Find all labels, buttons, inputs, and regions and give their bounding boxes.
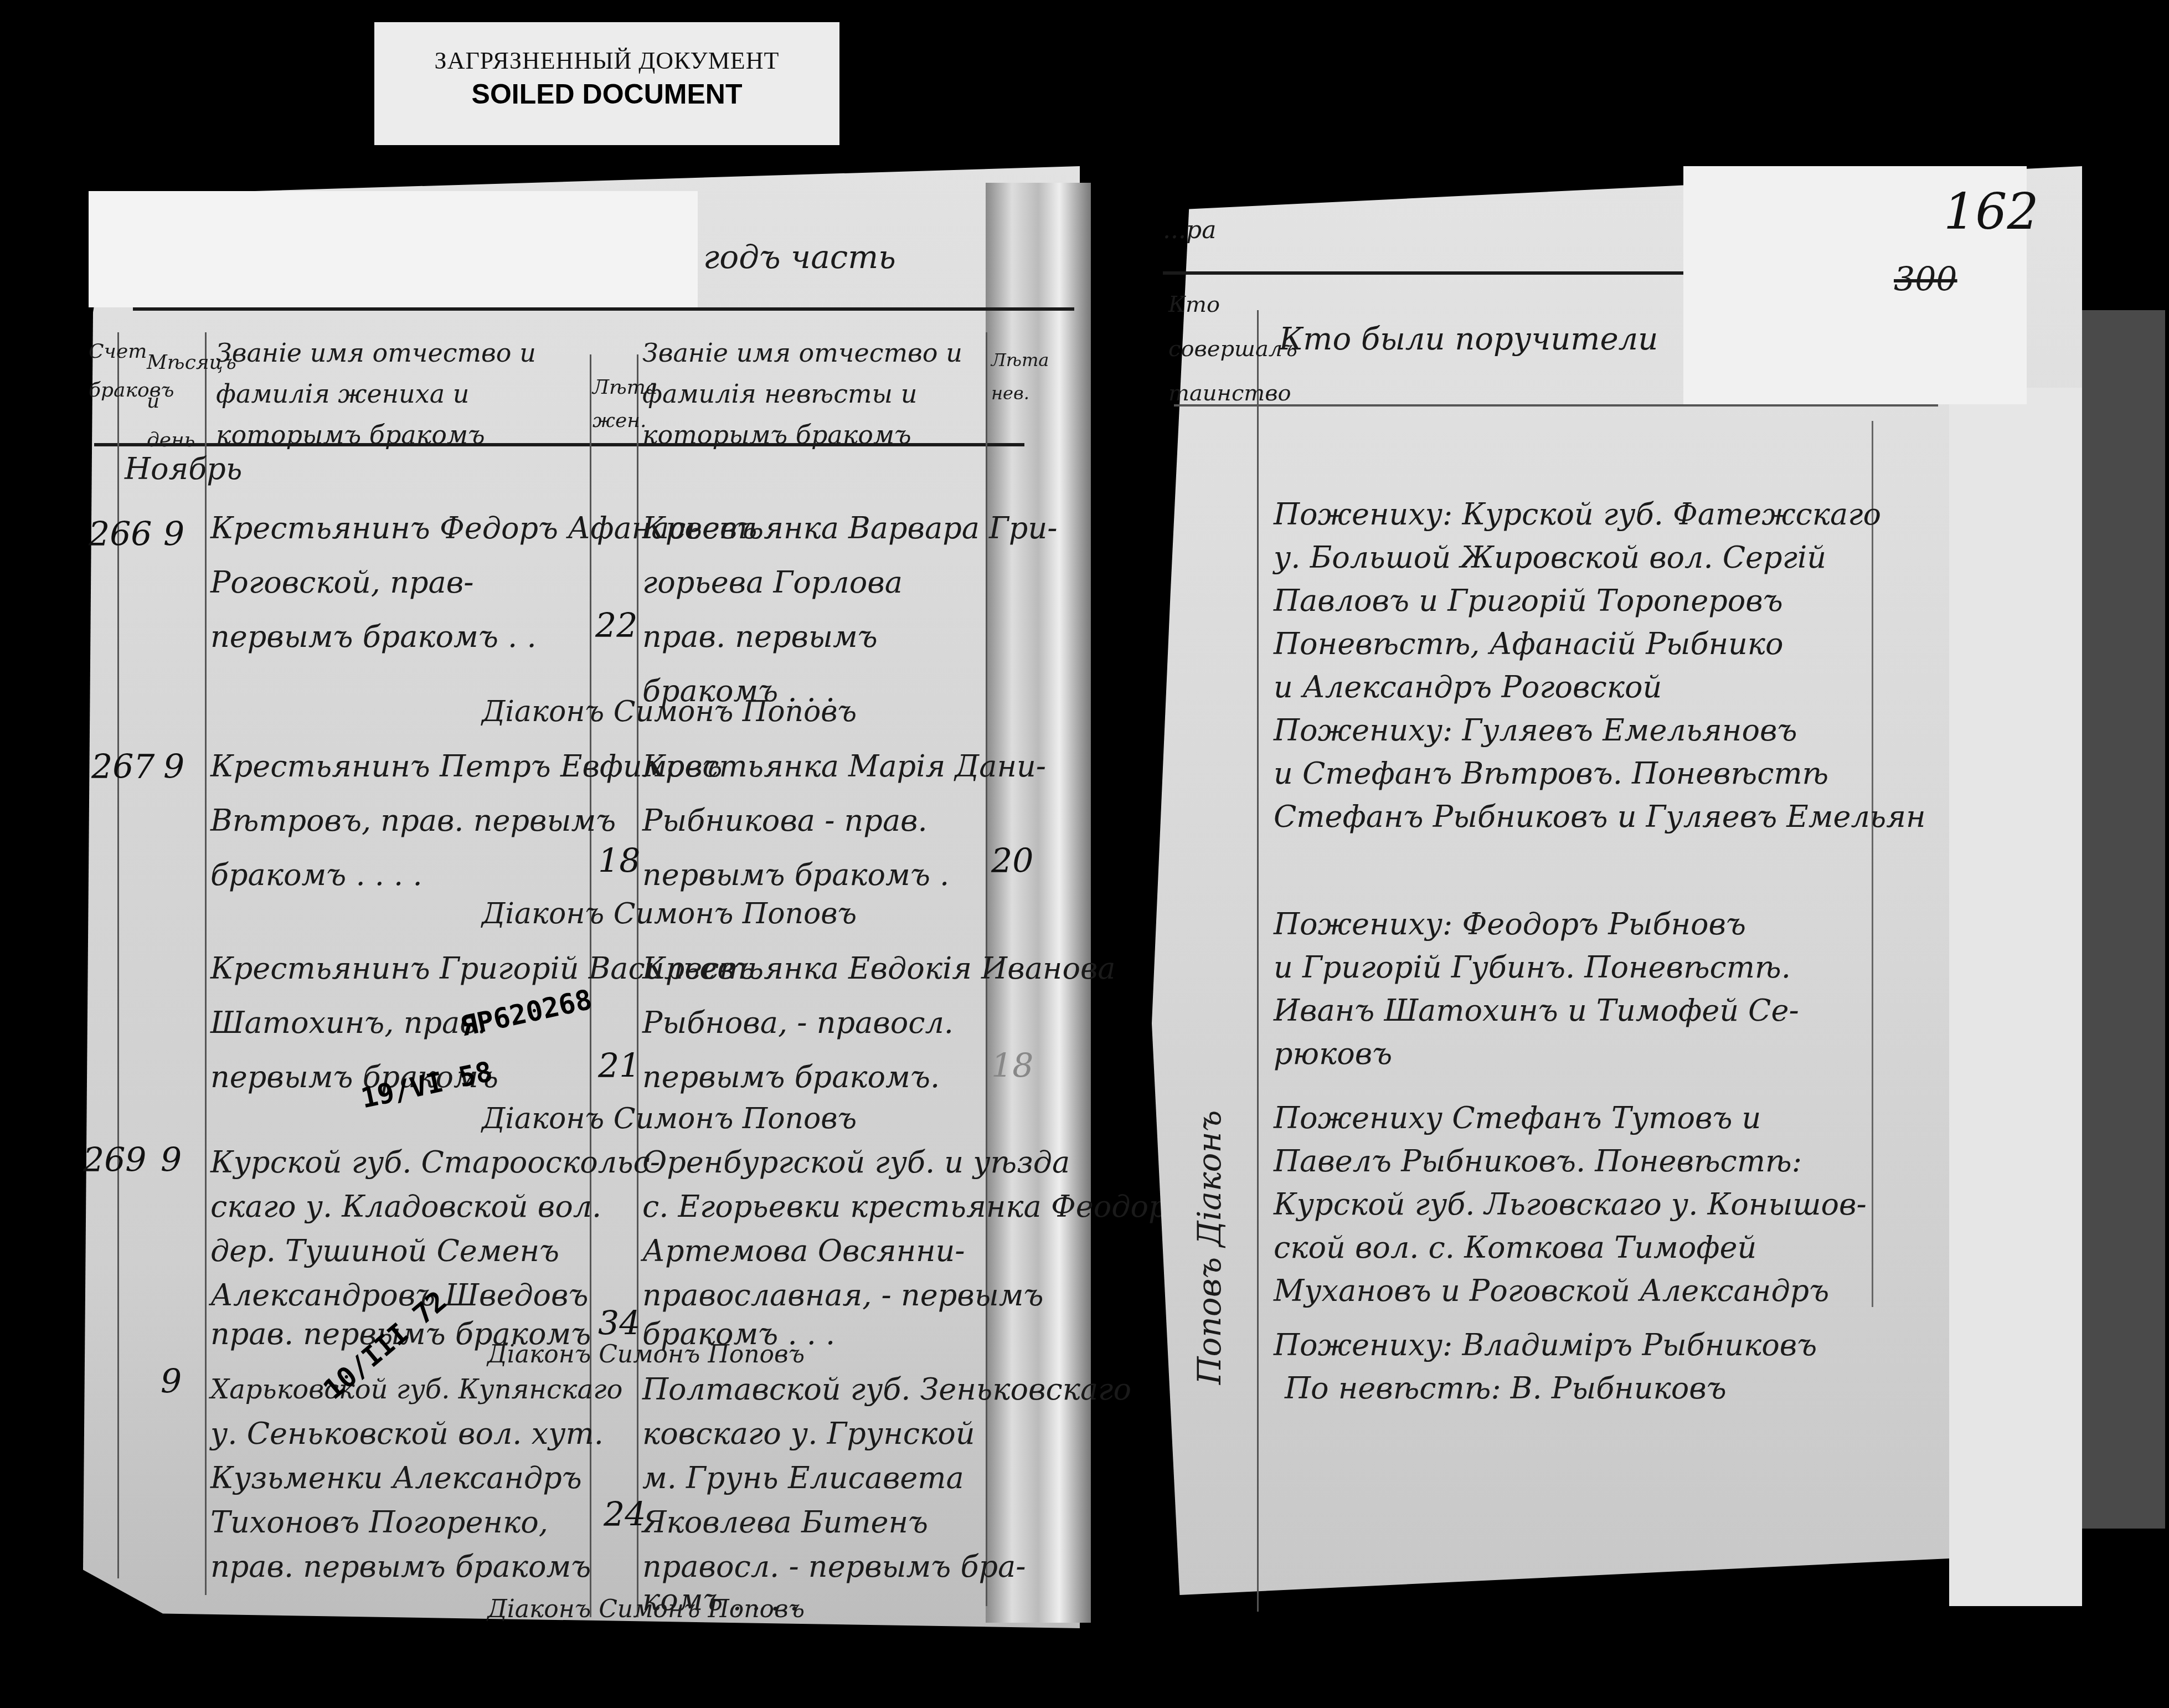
witness-line: По невѣстѣ: В. Рыбниковъ [1285,1361,1727,1416]
folio-secondary: 300 [1894,260,1957,299]
paper-strip [1949,388,2082,1606]
groom-age: 24 [604,1495,646,1534]
month-label: Ноябрь [125,451,242,486]
header-rite: Кто совершалъ таинство [1168,282,1251,415]
book-gutter [1091,166,1152,1673]
bride-age: 18 [991,1047,1033,1085]
witness-line: рюковъ [1274,1027,1392,1081]
header-bride: Званіе имя отчество и фамилія невѣсты и … [642,332,986,455]
bride-line: горьева Горлова [642,555,903,610]
soiled-document-label: ЗАГРЯЗНЕННЫЙ ДОКУМЕНТ SOILED DOCUMENT [374,22,839,145]
header-month-day: Мѣсяцъ и день [147,343,202,460]
bride-line: прав. первымъ [642,610,878,664]
groom-line: бракомъ . . . . [210,848,423,902]
groom-line: Роговской, прав- [210,555,473,610]
witness-line: Мухановъ и Роговской Александръ [1274,1264,1829,1318]
witness-line: Стефанъ Рыбниковъ и Гуляевъ Емельян [1274,790,1926,844]
groom-line: прав. первымъ бракомъ [210,1540,591,1594]
deacon-signature: Діаконъ Симонъ Поповъ [482,897,857,930]
groom-line: первымъ бракомъ . . [210,610,537,664]
entry-day: 9 [161,1141,182,1180]
column-divider [205,332,207,1595]
header-bride-age: Лѣта нев. [991,343,1024,410]
header-groom: Званіе имя отчество и фамилія жениха и к… [216,332,581,455]
bride-age: 20 [991,842,1033,881]
groom-age: 34 [598,1304,640,1343]
column-divider [1257,310,1259,1612]
header-top-rule [1163,271,1683,275]
bride-line: Крестьянка Марія Дани- [642,739,1046,794]
header-top-rule [133,307,1074,311]
entry-day: 9 [163,515,184,554]
entry-number: 269 [83,1141,147,1180]
deacon-signature: Діаконъ Симонъ Поповъ [482,1102,857,1135]
entry-number: 266 [89,515,152,554]
deacon-signature: Діаконъ Симонъ Поповъ [482,695,857,728]
header-witnesses: Кто были поручители [1279,321,1658,357]
label-english: SOILED DOCUMENT [374,78,839,110]
groom-line: Вѣтровъ, прав. первымъ [210,794,616,848]
bride-line: Крестьянка Евдокія Иванова [642,942,1116,996]
deacon-signature: Діаконъ Симонъ Поповъ [487,1595,805,1623]
part-title: годъ часть [703,238,896,276]
bride-line: Крестьянка Варвара Гри- [642,501,1057,555]
entry-day: 9 [163,748,184,786]
groom-line: Шатохинъ, прав. [210,996,487,1050]
groom-age: 18 [598,842,640,881]
bride-line: первымъ бракомъ. [642,1050,940,1104]
folio-number: 162 [1944,183,2039,241]
entry-number: 267 [91,748,155,786]
paper-tab [89,191,698,307]
side-note: Поповъ Діаконъ [1191,1110,1228,1385]
label-russian: ЗАГРЯЗНЕННЫЙ ДОКУМЕНТ [374,47,839,75]
bride-line: Рыбникова - прав. [642,794,928,848]
bride-line: Рыбнова, - правосл. [642,996,954,1050]
groom-age: 21 [598,1047,640,1085]
header-fragment: ...ра [1163,216,1216,244]
column-divider [1872,421,1873,1307]
header-groom-age: Лѣта жен. [593,371,637,438]
entry-day: 9 [161,1362,182,1401]
header-entry-number: Счет браковъ [89,332,122,410]
bride-line: первымъ бракомъ . [642,848,949,902]
groom-age: 22 [595,606,637,645]
